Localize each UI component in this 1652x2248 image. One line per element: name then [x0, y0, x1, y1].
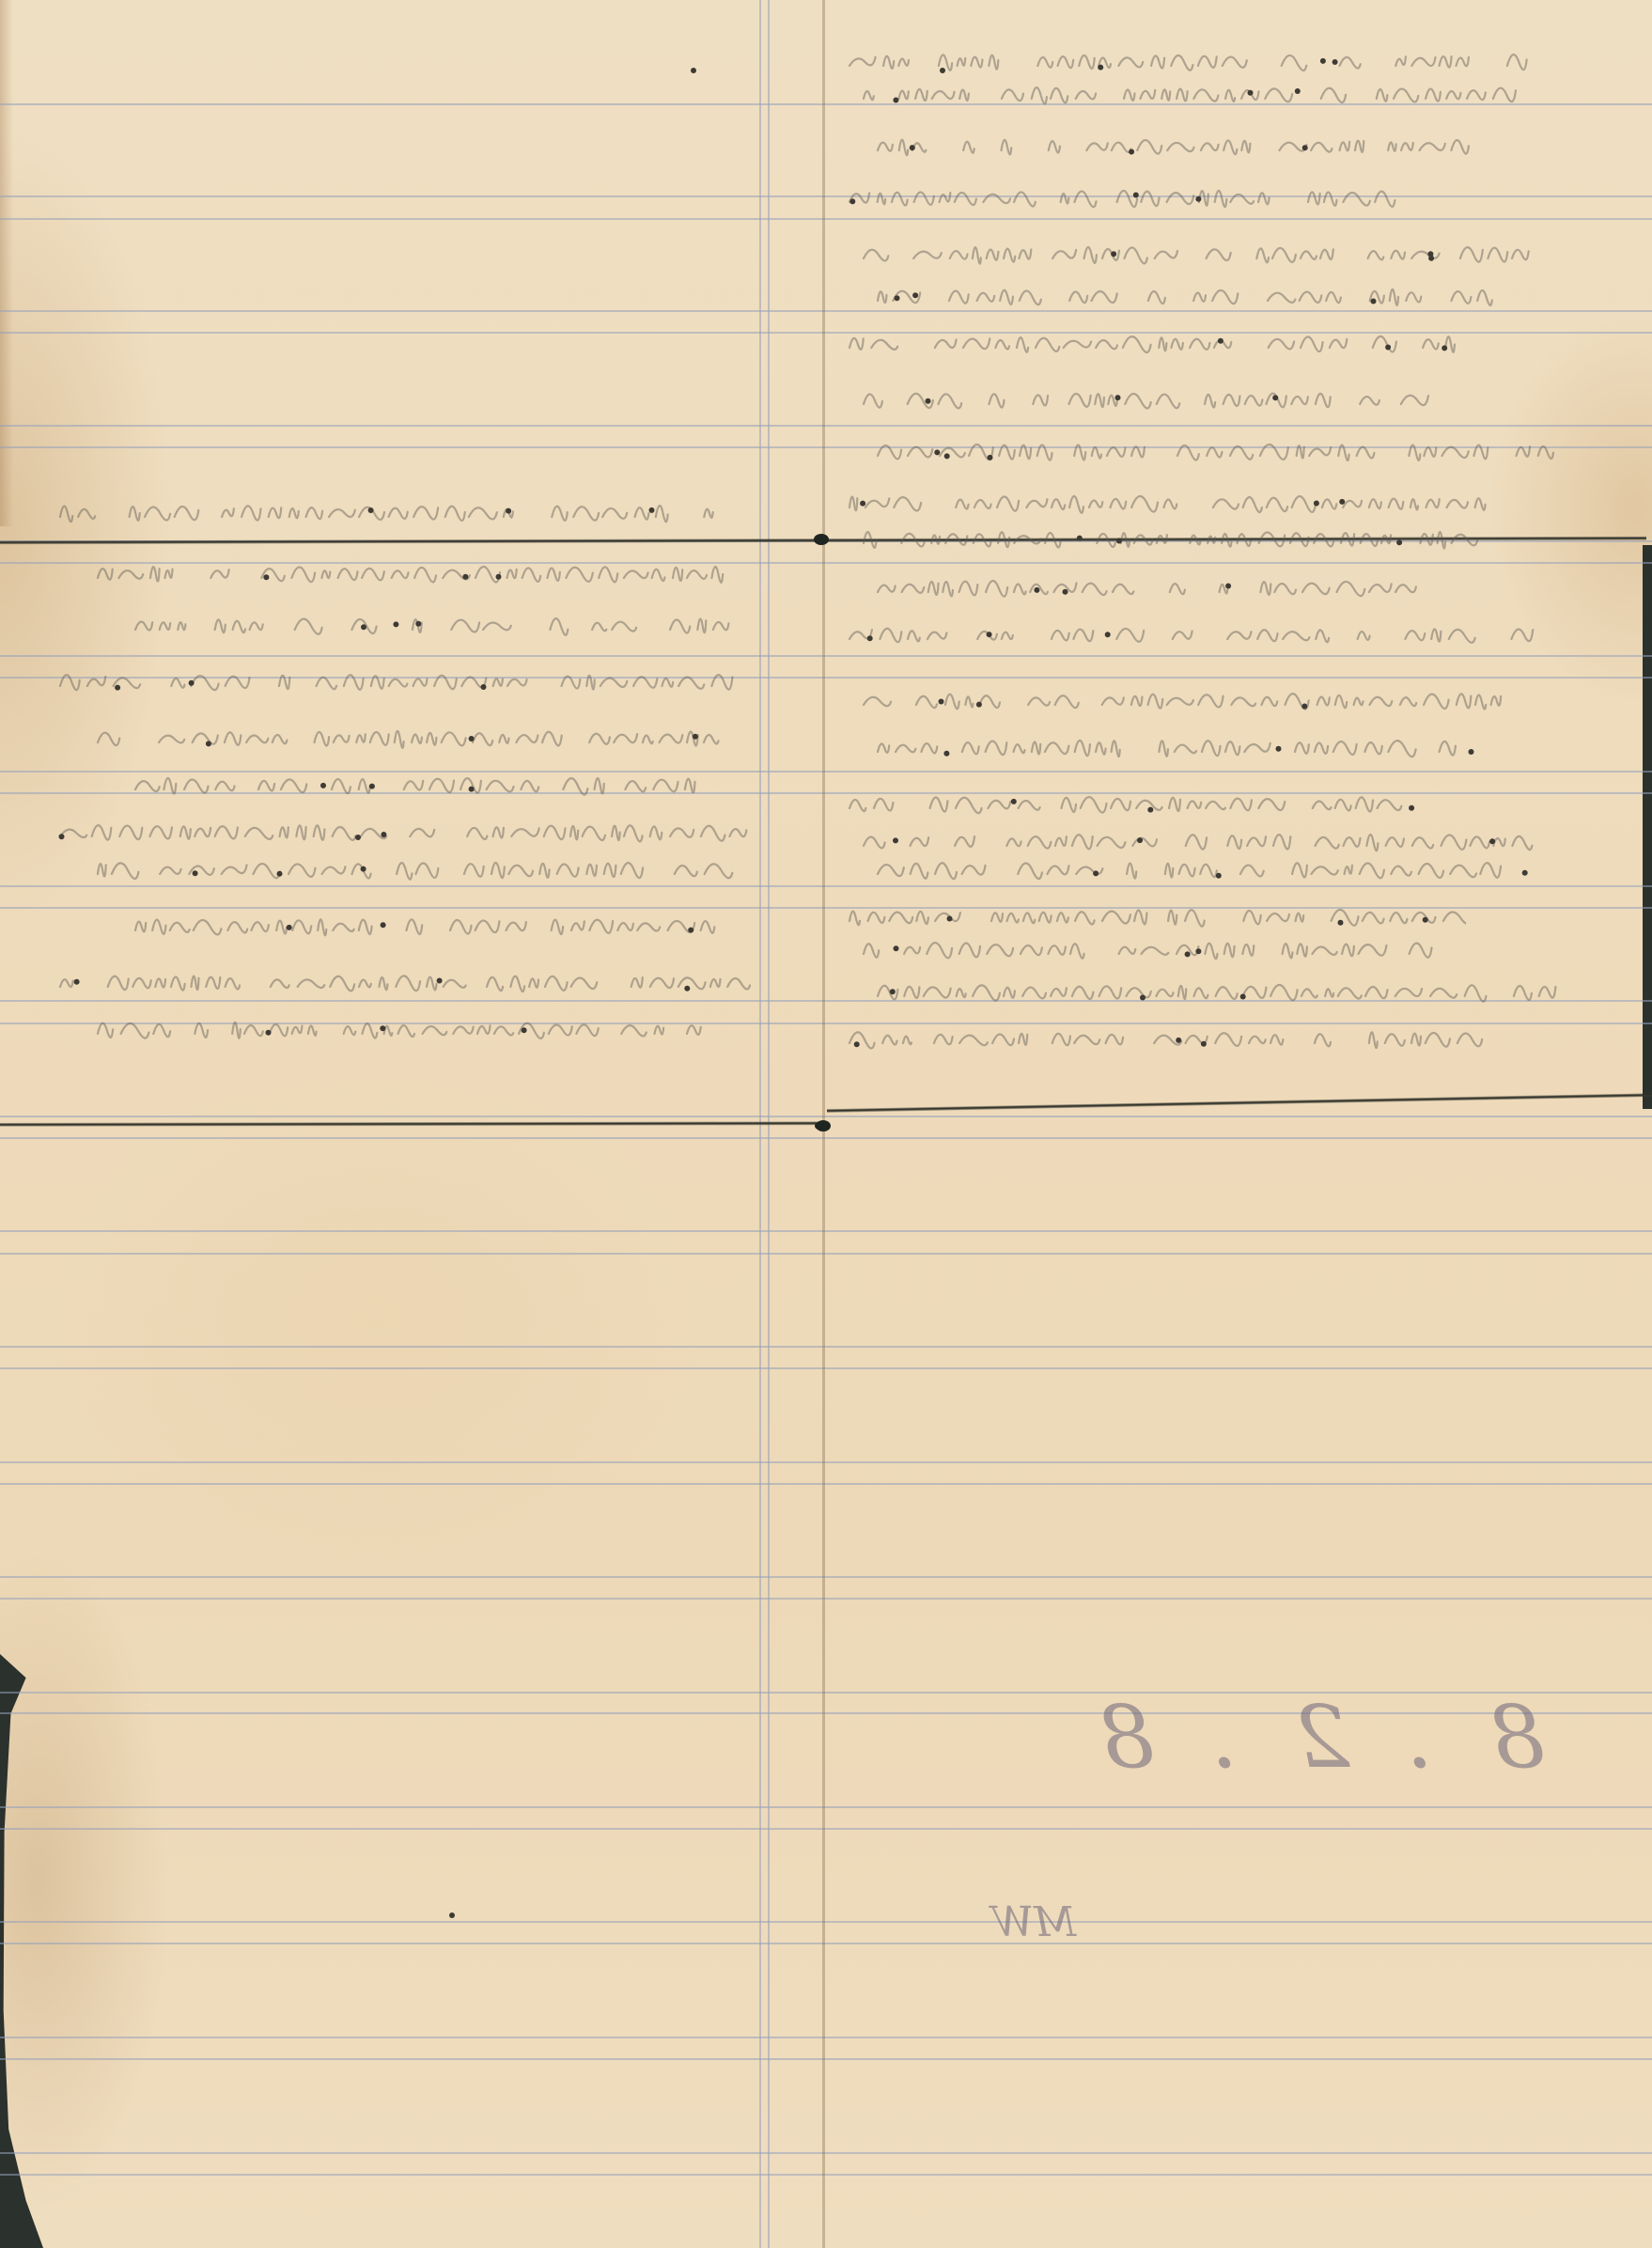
ruled-line [0, 2174, 1652, 2176]
handwritten-line [874, 428, 1569, 465]
torn-edge-left [0, 1654, 43, 2248]
handwritten-line [846, 479, 1504, 517]
handwritten-line [94, 714, 742, 752]
handwritten-line [874, 564, 1457, 601]
horizontal-fold-crease-bottom-left [0, 1121, 827, 1127]
ruled-line [0, 1576, 1652, 1578]
handwritten-line [132, 902, 733, 940]
handwritten-line [860, 376, 1442, 414]
pencil-digits: 8.2.8 [1043, 1687, 1545, 1787]
ruled-line [0, 1253, 1652, 1255]
ruled-line [0, 1598, 1652, 1600]
horizontal-fold-crease-bottom-right [827, 1093, 1652, 1113]
handwritten-line [94, 1006, 742, 1043]
ruled-line [0, 1483, 1652, 1485]
handwritten-line [846, 893, 1466, 930]
handwritten-line [132, 601, 733, 639]
handwritten-line [846, 611, 1541, 648]
handwritten-line [846, 320, 1466, 357]
handwritten-line [874, 273, 1532, 310]
ink-dot [449, 1912, 455, 1918]
ruled-line [0, 1806, 1652, 1808]
ruled-line [0, 655, 1652, 657]
handwritten-line [846, 174, 1428, 211]
handwritten-line [94, 846, 742, 883]
ruled-line [0, 1116, 1652, 1117]
fold-intersection [814, 534, 829, 545]
ruled-line [0, 1346, 1652, 1348]
handwritten-line [846, 38, 1541, 75]
handwritten-line [874, 846, 1532, 883]
handwritten-line [874, 968, 1569, 1006]
ruled-line [0, 1943, 1652, 1944]
ruled-line [0, 425, 1652, 427]
ruled-line [0, 1921, 1652, 1923]
handwritten-line [860, 230, 1555, 268]
dark-edge-right [1643, 545, 1652, 1109]
ruled-line [0, 2152, 1652, 2154]
handwritten-line [56, 658, 752, 695]
ruled-line [0, 310, 1652, 312]
handwritten-line [132, 761, 733, 799]
ruled-line [0, 1828, 1652, 1830]
handwritten-line [860, 515, 1480, 553]
ruled-line [0, 1230, 1652, 1232]
ink-dot [940, 68, 945, 73]
ruled-line [0, 1367, 1652, 1369]
ruled-line [0, 1137, 1652, 1139]
ruled-line [0, 2058, 1652, 2060]
handwritten-line [874, 122, 1494, 160]
ink-dot [691, 68, 696, 73]
handwritten-line [94, 550, 742, 587]
handwritten-line [874, 724, 1494, 761]
handwritten-line [846, 780, 1428, 818]
handwritten-line [860, 677, 1518, 714]
ruled-line [0, 2037, 1652, 2038]
handwritten-line [56, 489, 752, 526]
pencil-initials: MW [991, 1898, 1076, 1946]
handwritten-line [56, 959, 752, 996]
ruled-line [0, 1461, 1652, 1463]
handwritten-line [846, 1015, 1504, 1053]
paper-sheet: 8.2.8 MW [0, 0, 1652, 2248]
ruled-line [0, 885, 1652, 887]
ruled-line [0, 218, 1652, 220]
fold-intersection [815, 1122, 824, 1130]
handwritten-line [56, 808, 752, 846]
handwritten-line [860, 926, 1442, 963]
handwritten-line [860, 70, 1518, 108]
